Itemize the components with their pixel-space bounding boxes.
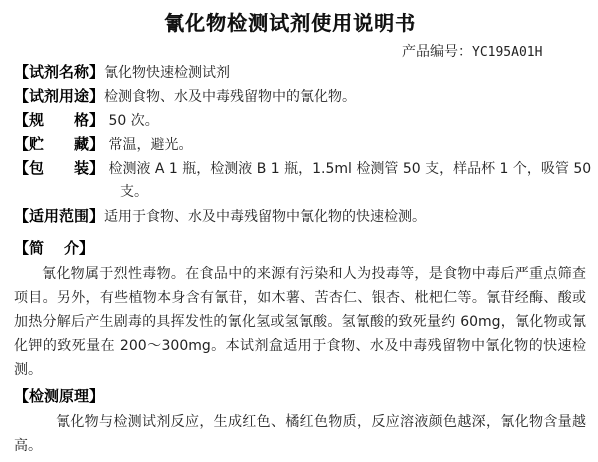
section-head-intro: 【简介】 bbox=[14, 237, 94, 258]
field-label: 【包装】 bbox=[14, 156, 104, 180]
section-head-principle: 【检测原理】 bbox=[14, 385, 104, 406]
field-package: 【包装】 检测液 A 1 瓶，检测液 B 1 瓶，1.5ml 检测管 50 支，… bbox=[14, 156, 591, 181]
label-right: 格】 bbox=[74, 108, 104, 132]
field-spec: 【规格】 50 次。 bbox=[14, 108, 159, 133]
document-title: 氰化物检测试剂使用说明书 bbox=[0, 7, 580, 36]
field-package-continuation: 支。 bbox=[120, 180, 148, 204]
label-left: 【包 bbox=[14, 156, 44, 180]
field-value: 检测液 A 1 瓶，检测液 B 1 瓶，1.5ml 检测管 50 支，样品杯 1… bbox=[108, 157, 591, 181]
field-reagent-use: 【试剂用途】检测食物、水及中毒残留物中的氰化物。 bbox=[14, 84, 356, 109]
field-label: 【贮藏】 bbox=[14, 132, 104, 156]
field-label: 【适用范围】 bbox=[14, 204, 104, 228]
label-left: 【规 bbox=[14, 108, 44, 132]
field-label: 【试剂用途】 bbox=[14, 84, 104, 108]
head-right: 介】 bbox=[64, 237, 94, 258]
field-scope: 【适用范围】适用于食物、水及中毒残留物中氰化物的快速检测。 bbox=[14, 204, 426, 229]
field-value: 检测食物、水及中毒残留物中的氰化物。 bbox=[104, 85, 356, 109]
field-value: 常温，避光。 bbox=[108, 133, 192, 157]
principle-paragraph: 氰化物与检测试剂反应，生成红色、橘红色物质，反应溶液颜色越深，氰化物含量越高。 bbox=[14, 410, 586, 458]
label-right: 藏】 bbox=[74, 132, 104, 156]
product-number-label: 产品编号： bbox=[402, 44, 472, 60]
label-right: 装】 bbox=[74, 156, 104, 180]
field-storage: 【贮藏】 常温，避光。 bbox=[14, 132, 192, 157]
product-number-value: YC195A01H bbox=[472, 45, 542, 60]
field-label: 【试剂名称】 bbox=[14, 60, 104, 84]
intro-paragraph: 氰化物属于烈性毒物。在食品中的来源有污染和人为投毒等，是食物中毒后严重点筛查项目… bbox=[14, 262, 586, 382]
head-left: 【简 bbox=[14, 237, 44, 258]
field-label: 【规格】 bbox=[14, 108, 104, 132]
field-reagent-name: 【试剂名称】氰化物快速检测试剂 bbox=[14, 60, 230, 85]
label-left: 【贮 bbox=[14, 132, 44, 156]
field-value: 50 次。 bbox=[108, 109, 158, 133]
product-number: 产品编号：YC195A01H bbox=[402, 41, 542, 61]
field-value: 适用于食物、水及中毒残留物中氰化物的快速检测。 bbox=[104, 205, 426, 229]
field-value: 氰化物快速检测试剂 bbox=[104, 61, 230, 85]
